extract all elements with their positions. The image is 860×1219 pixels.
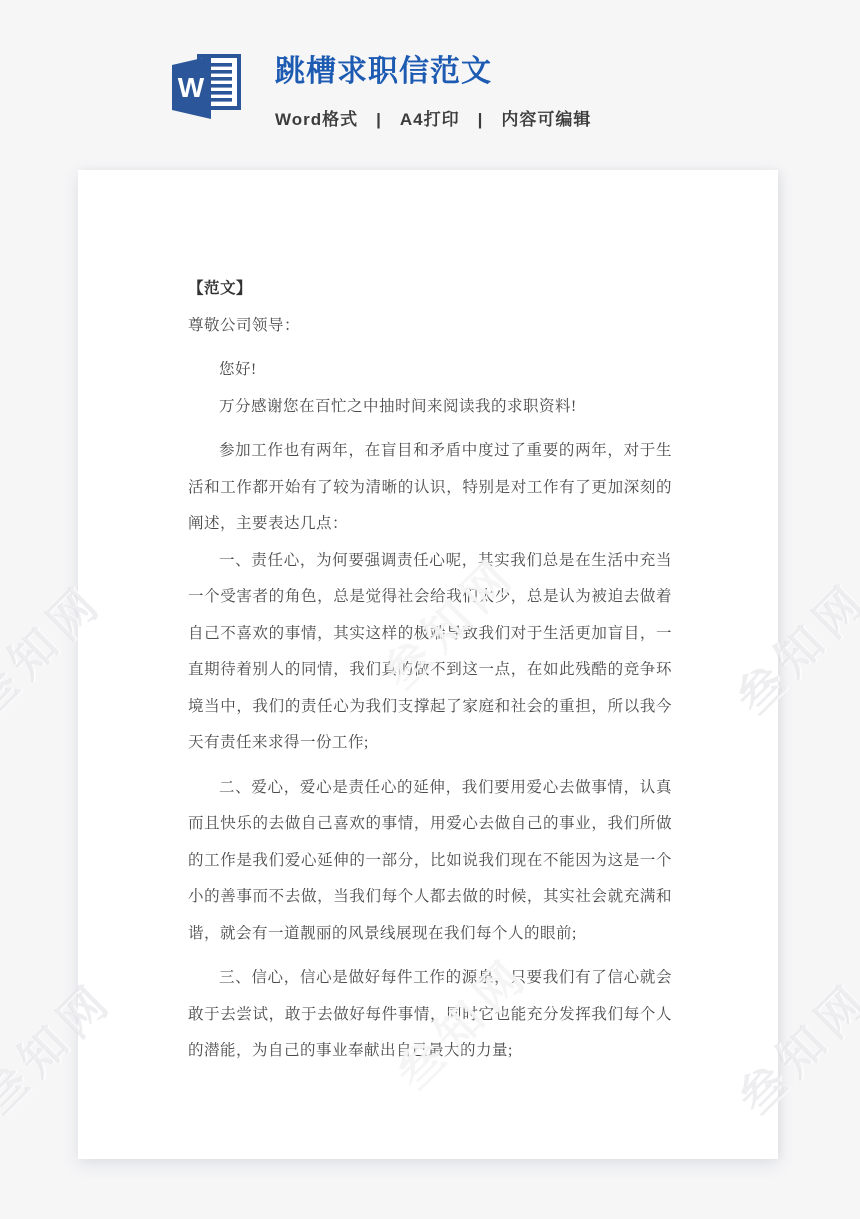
doc-paragraph: 尊敬公司领导： (188, 308, 672, 345)
word-icon-letter: W (178, 72, 205, 103)
doc-paragraph: 一、责任心，为何要强调责任心呢，其实我们总是在生活中充当一个受害者的角色，总是觉… (188, 543, 672, 762)
word-file-icon: W (163, 50, 243, 124)
document-content: 【范文】尊敬公司领导：您好!万分感谢您在百忙之中抽时间来阅读我的求职资料!参加工… (78, 170, 778, 1070)
doc-paragraph: 三、信心，信心是做好每件工作的源泉，只要我们有了信心就会敢于去尝试，敢于去做好每… (188, 960, 672, 1070)
document-page: 【范文】尊敬公司领导：您好!万分感谢您在百忙之中抽时间来阅读我的求职资料!参加工… (78, 170, 778, 1159)
doc-paragraph: 二、爱心，爱心是责任心的延伸，我们要用爱心去做事情，认真而且快乐的去做自己喜欢的… (188, 770, 672, 953)
doc-paragraph: 参加工作也有两年，在盲目和矛盾中度过了重要的两年，对于生活和工作都开始有了较为清… (188, 433, 672, 543)
doc-paragraph: 【范文】 (188, 271, 672, 308)
document-meta: Word格式 | A4打印 | 内容可编辑 (275, 105, 591, 130)
doc-paragraph: 您好! (188, 352, 672, 389)
doc-paragraph: 万分感谢您在百忙之中抽时间来阅读我的求职资料! (188, 389, 672, 426)
header: W 跳槽求职信范文 Word格式 | A4打印 | 内容可编辑 (0, 0, 860, 170)
document-title: 跳槽求职信范文 (275, 54, 591, 90)
